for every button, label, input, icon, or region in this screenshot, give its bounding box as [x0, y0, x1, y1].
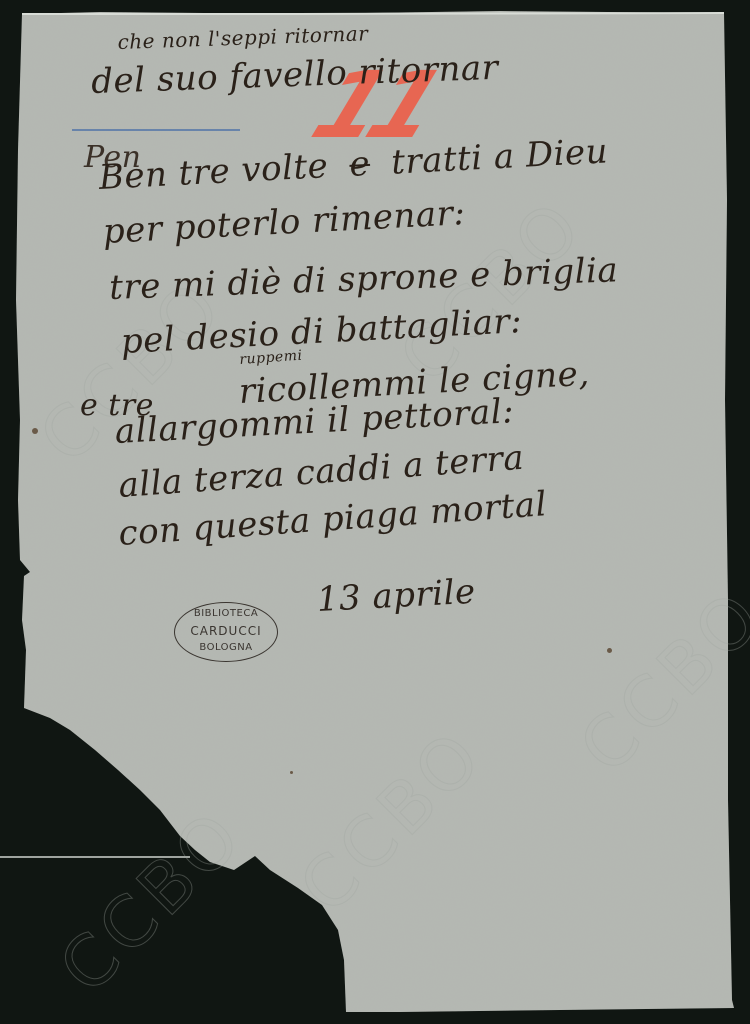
- stamp-line-3: BOLOGNA: [175, 642, 277, 653]
- stamp-line-2: CARDUCCI: [175, 624, 277, 638]
- deleted-word: e: [348, 144, 371, 185]
- ink-spot: [290, 771, 293, 774]
- stamp-line-1: BIBLIOTECA: [175, 608, 277, 619]
- ink-spot: [32, 428, 38, 434]
- document-scan: CCBO CCBO CCBO CCBO CCBO 11 che non l'se…: [0, 0, 750, 1024]
- date-line: 13 aprile: [316, 572, 477, 620]
- ink-spot: [607, 648, 612, 653]
- library-stamp: BIBLIOTECA CARDUCCI BOLOGNA: [174, 602, 278, 662]
- blue-pencil-line: [72, 129, 240, 131]
